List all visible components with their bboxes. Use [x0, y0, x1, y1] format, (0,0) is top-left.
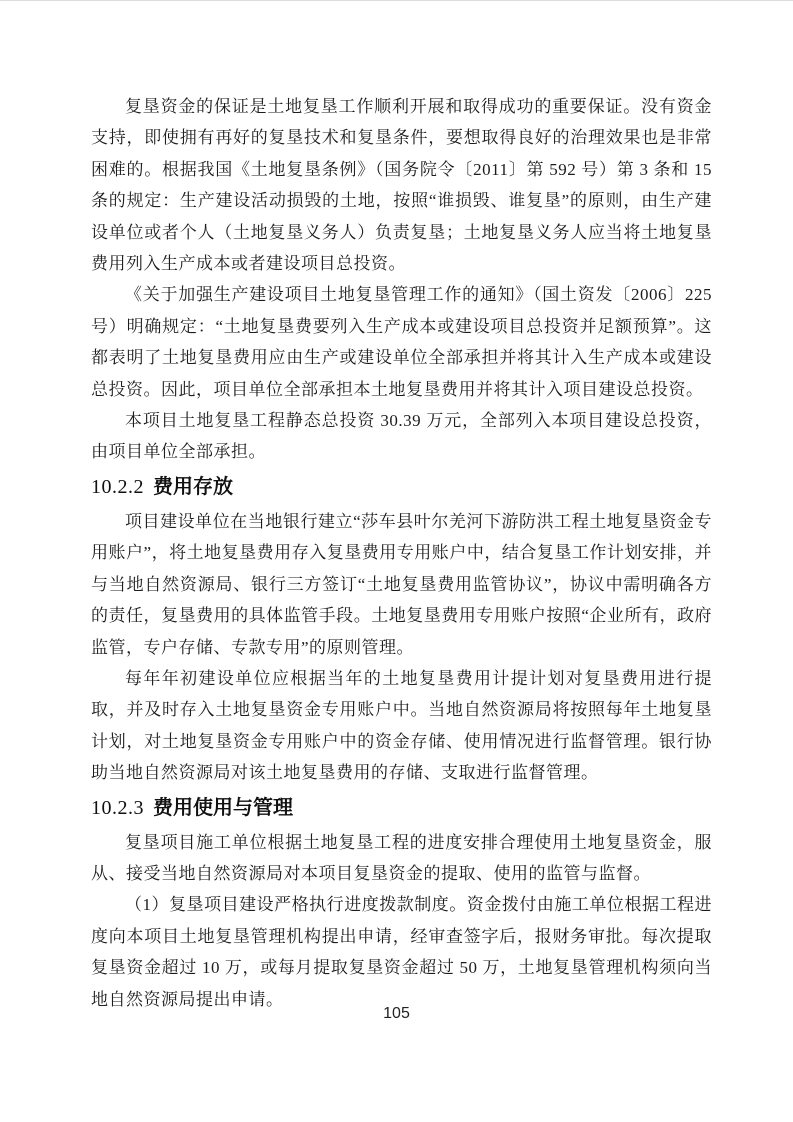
page-number: 105	[0, 1005, 793, 1023]
section-number: 10.2.3	[91, 797, 144, 819]
paragraph-special-account: 项目建设单位在当地银行建立“莎车县叶尔羌河下游防洪工程土地复垦资金专用账户”，将…	[91, 506, 712, 663]
paragraph-notice-2006: 《关于加强生产建设项目土地复垦管理工作的通知》（国土资发〔2006〕225 号）…	[91, 279, 712, 405]
paragraph-usage-supervision: 复垦项目施工单位根据土地复垦工程的进度安排合理使用土地复垦资金，服从、接受当地自…	[91, 827, 712, 890]
section-heading-fee-storage: 10.2.2费用存放	[91, 472, 712, 502]
section-title: 费用存放	[153, 476, 233, 498]
paragraph-progress-payment: （1）复垦项目建设严格执行进度拨款制度。资金拨付由施工单位根据工程进度向本项目土…	[91, 889, 712, 1015]
paragraph-funding-guarantee: 复垦资金的保证是土地复垦工作顺利开展和取得成功的重要保证。没有资金支持，即使拥有…	[91, 91, 712, 279]
document-page: 复垦资金的保证是土地复垦工作顺利开展和取得成功的重要保证。没有资金支持，即使拥有…	[0, 0, 793, 1122]
section-title: 费用使用与管理	[153, 797, 293, 819]
paragraph-annual-withdrawal: 每年年初建设单位应根据当年的土地复垦费用计提计划对复垦费用进行提取，并及时存入土…	[91, 663, 712, 789]
page-content: 复垦资金的保证是土地复垦工作顺利开展和取得成功的重要保证。没有资金支持，即使拥有…	[91, 91, 712, 1015]
section-number: 10.2.2	[91, 476, 144, 498]
section-heading-fee-usage: 10.2.3费用使用与管理	[91, 793, 712, 823]
paragraph-total-investment: 本项目土地复垦工程静态总投资 30.39 万元，全部列入本项目建设总投资，由项目…	[91, 405, 712, 468]
